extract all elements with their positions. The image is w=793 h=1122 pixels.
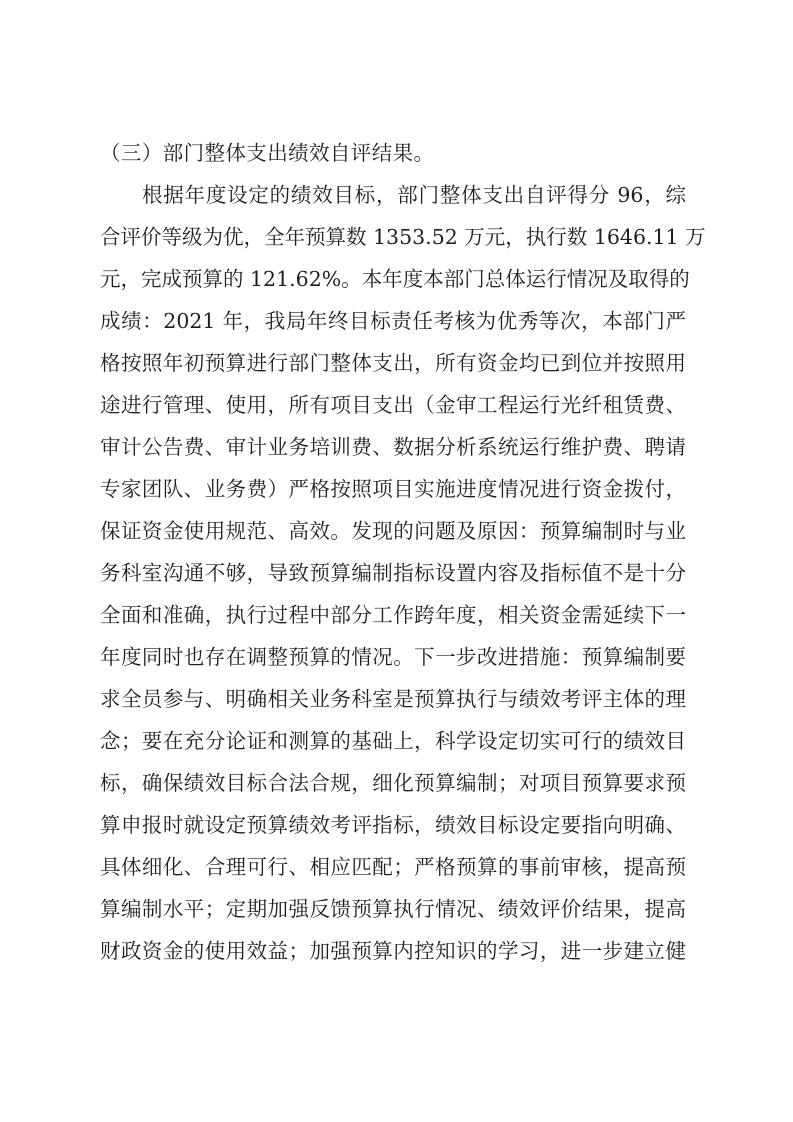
paragraph-line: 念；要在充分论证和测算的基础上，科学设定切实可行的绩效目 bbox=[100, 720, 686, 762]
paragraph-line: 算编制水平；定期加强反馈预算执行情况、绩效评价结果，提高 bbox=[100, 888, 686, 930]
paragraph-line: 具体细化、合理可行、相应匹配；严格预算的事前审核，提高预 bbox=[100, 846, 686, 888]
paragraph-line: 途进行管理、使用，所有项目支出（金审工程运行光纤租赁费、 bbox=[100, 384, 686, 426]
paragraph-line: 保证资金使用规范、高效。发现的问题及原因：预算编制时与业 bbox=[100, 510, 686, 552]
paragraph-line: 算申报时就设定预算绩效考评指标，绩效目标设定要指向明确、 bbox=[100, 804, 686, 846]
paragraph-line: 元，完成预算的 121.62%。本年度本部门总体运行情况及取得的 bbox=[100, 258, 686, 300]
paragraph-line: 格按照年初预算进行部门整体支出，所有资金均已到位并按照用 bbox=[100, 342, 686, 384]
paragraph-line: 专家团队、业务费）严格按照项目实施进度情况进行资金拨付， bbox=[100, 468, 686, 510]
paragraph-line: 全面和准确，执行过程中部分工作跨年度，相关资金需延续下一 bbox=[100, 594, 686, 636]
paragraph-line: 标，确保绩效目标合法合规，细化预算编制；对项目预算要求预 bbox=[100, 762, 686, 804]
body-paragraph: 根据年度设定的绩效目标，部门整体支出自评得分 96，综 合评价等级为优，全年预算… bbox=[100, 174, 686, 972]
paragraph-line: 年度同时也存在调整预算的情况。下一步改进措施：预算编制要 bbox=[100, 636, 686, 678]
paragraph-line: 求全员参与、明确相关业务科室是预算执行与绩效考评主体的理 bbox=[100, 678, 686, 720]
paragraph-line: 务科室沟通不够，导致预算编制指标设置内容及指标值不是十分 bbox=[100, 552, 686, 594]
paragraph-line: 财政资金的使用效益；加强预算内控知识的学习，进一步建立健 bbox=[100, 930, 686, 972]
section-heading: （三）部门整体支出绩效自评结果。 bbox=[100, 132, 434, 174]
paragraph-line: 成绩：2021 年，我局年终目标责任考核为优秀等次，本部门严 bbox=[100, 300, 686, 342]
document-page: （三）部门整体支出绩效自评结果。 根据年度设定的绩效目标，部门整体支出自评得分 … bbox=[0, 0, 793, 1122]
paragraph-line: 合评价等级为优，全年预算数 1353.52 万元，执行数 1646.11 万 bbox=[100, 216, 686, 258]
paragraph-line: 审计公告费、审计业务培训费、数据分析系统运行维护费、聘请 bbox=[100, 426, 686, 468]
paragraph-line: 根据年度设定的绩效目标，部门整体支出自评得分 96，综 bbox=[100, 174, 686, 216]
